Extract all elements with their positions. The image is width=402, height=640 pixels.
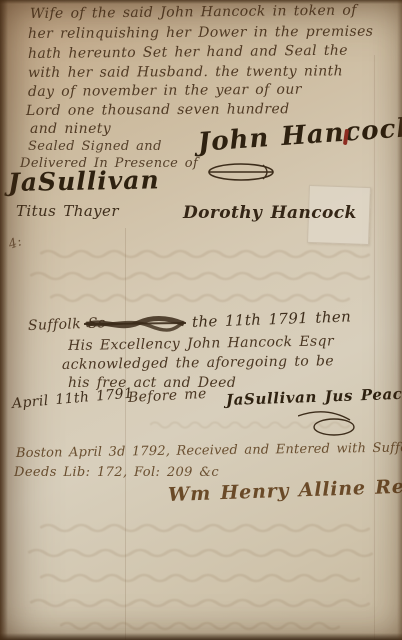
bleed-through-writing: [30, 595, 370, 611]
justice-signature: JaSullivan Jus Peace: [226, 384, 402, 409]
ack-before-me: Before me: [128, 386, 208, 406]
deed-body-line: her relinquishing her Dower in the premi…: [28, 24, 373, 42]
vertical-fold-line: [125, 228, 126, 640]
attestation-line: Sealed Signed and: [28, 139, 162, 154]
paper-edge-shadow: [0, 0, 8, 640]
struck-out-word: [84, 315, 186, 333]
deed-body-line: with her said Husband. the twenty ninth: [28, 63, 343, 81]
paper-edge-shadow: [0, 633, 402, 640]
justice-flourish: [298, 410, 358, 438]
witness-signature-thayer: Titus Thayer: [16, 202, 119, 220]
ack-date-phrase: the 11th 1791 then: [192, 307, 352, 331]
recording-line: Boston April 3d 1792, Received and Enter…: [16, 440, 402, 461]
ack-line: acknowledged the aforegoing to be: [62, 353, 334, 373]
paper-edge-shadow: [397, 0, 402, 640]
bleed-through-writing: [40, 570, 360, 586]
bleed-through-writing: [40, 246, 370, 262]
bleed-through-writing: [40, 520, 370, 536]
recording-line: Deeds Lib: 172, Fol: 209 &c: [14, 465, 219, 480]
bleed-through-writing: [50, 290, 350, 306]
bleed-through-writing: [30, 268, 370, 284]
manuscript-page: Wife of the said John Hancock in token o…: [0, 0, 402, 640]
bleed-through-writing: [60, 618, 340, 634]
dorothy-hancock-signature: Dorothy Hancock: [183, 203, 357, 223]
deed-body-line: hath hereunto Set her hand and Seal the: [28, 43, 348, 62]
deed-body-line: Lord one thousand seven hundred: [26, 101, 290, 119]
john-hancock-signature: John Hancock: [197, 113, 402, 158]
bleed-through-writing: [28, 545, 373, 561]
deed-body-line: and ninety: [30, 121, 111, 137]
signature-paraph-flourish: [205, 160, 277, 184]
witness-signature-sullivan: JaSullivan: [8, 165, 160, 197]
deed-body-line: day of november in the year of our: [28, 82, 302, 100]
margin-mark: 4:: [7, 234, 24, 252]
ack-line: His Excellency John Hancock Esqr: [68, 333, 334, 354]
deed-body-line: Wife of the said John Hancock in token o…: [30, 3, 357, 22]
